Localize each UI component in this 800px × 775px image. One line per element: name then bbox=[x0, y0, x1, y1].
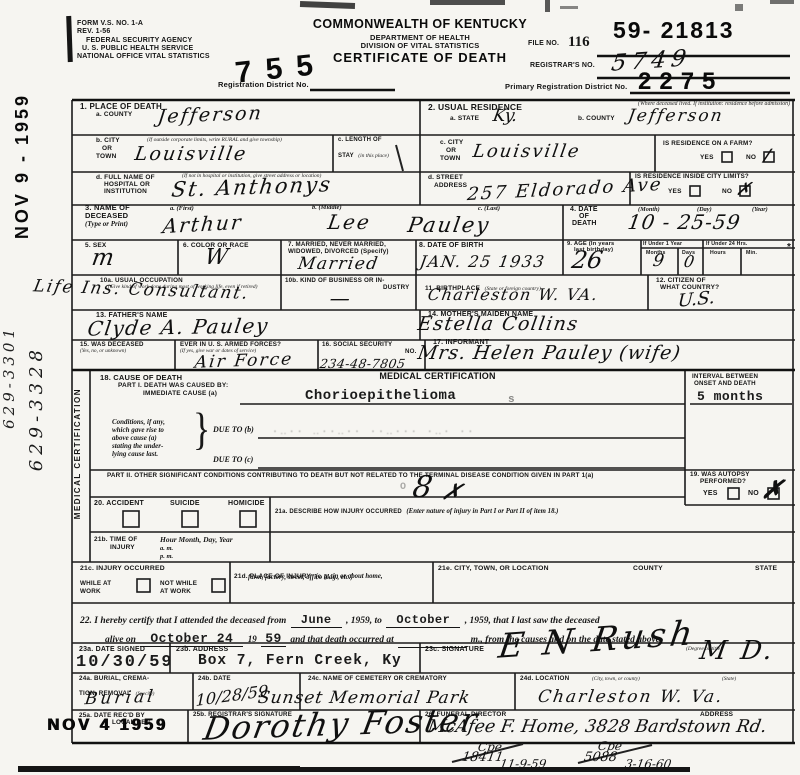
residence-city-or: OR bbox=[446, 147, 456, 154]
conditions-note-5: lying cause last. bbox=[112, 450, 158, 458]
armed-forces-label2: EVER IN U. S. ARMED FORCES? bbox=[180, 341, 281, 348]
margin-handwritten-note-1: 629-3301 bbox=[0, 325, 18, 515]
cemetery-location-note: (City, town, or county) bbox=[592, 676, 640, 682]
city-label: b. CITY bbox=[96, 137, 120, 144]
not-while-label: NOT WHILE bbox=[160, 580, 197, 587]
limits-yes-label: YES bbox=[668, 188, 682, 195]
injury-state-label: STATE bbox=[755, 565, 777, 572]
while-at-work-label2: WORK bbox=[80, 588, 101, 595]
last-seen-date-value: October 24 bbox=[140, 631, 243, 647]
primary-district-label: Primary Registration District No. bbox=[505, 82, 627, 91]
physician-address-value: Box 7, Fern Creek, Ky bbox=[198, 653, 402, 669]
due-to-b-label: DUE TO (b) bbox=[213, 425, 254, 434]
middle-name-value: Lee bbox=[326, 210, 373, 234]
death-certificate-scan: NOV 9 - 1959 629-3301 629-3328 FORM V.S.… bbox=[0, 0, 800, 775]
due-to-c-label: DUE TO (c) bbox=[213, 455, 253, 464]
clerk-note1-date: 11-9-59 bbox=[499, 757, 548, 771]
registrar-no-label: REGISTRAR'S NO. bbox=[530, 62, 595, 69]
place-of-death-title: 1. PLACE OF DEATH bbox=[80, 102, 162, 111]
injury-city-label: 21e. CITY, TOWN, OR LOCATION bbox=[438, 565, 549, 572]
date-signed-value: 10/30/59 bbox=[76, 653, 174, 672]
signature-label: 23c. SIGNATURE bbox=[425, 646, 484, 653]
interval-label: INTERVAL BETWEEN bbox=[692, 373, 758, 380]
date-of-death-label: 4. DATE bbox=[570, 206, 598, 213]
name-note: (Type or Print) bbox=[85, 220, 128, 228]
year-label: (Year) bbox=[752, 206, 768, 213]
part2-faint-mark: O bbox=[400, 482, 407, 493]
commonwealth-title: COMMONWEALTH OF KENTUCKY bbox=[305, 17, 535, 31]
scan-artifact bbox=[560, 6, 578, 9]
certify-text-5: and that death occurred at bbox=[290, 635, 393, 645]
cause-a-value: Chorioepithelioma bbox=[305, 388, 456, 404]
part1-label: PART I. DEATH WAS CAUSED BY: bbox=[118, 382, 228, 389]
city-label-or: OR bbox=[102, 145, 112, 152]
received-date-stamp: NOV 4 1959 bbox=[47, 716, 168, 735]
suicide-label: SUICIDE bbox=[170, 500, 200, 507]
father-value: Clyde A. Pauley bbox=[86, 313, 270, 340]
strip-text: MEDICAL CERTIFICATION bbox=[73, 388, 82, 519]
injury-occurred-label: 21c. INJURY OCCURRED bbox=[80, 565, 165, 572]
residence-city-town: TOWN bbox=[440, 155, 461, 162]
residence-county-value: Jefferson bbox=[626, 106, 725, 126]
stay-note-text: (in this place) bbox=[358, 153, 389, 159]
certify-text-4: alive on bbox=[105, 635, 136, 645]
sex-value: m bbox=[90, 245, 116, 271]
phs-line: U. S. PUBLIC HEALTH SERVICE bbox=[82, 45, 193, 52]
limits-no-label: NO bbox=[722, 188, 732, 195]
stay-label2-text: STAY bbox=[338, 153, 354, 159]
cemetery-location-label: 24d. LOCATION bbox=[520, 675, 569, 682]
file-no-stamp: 59- 21813 bbox=[613, 17, 735, 44]
birth-date-value: JAN. 25 1933 bbox=[418, 252, 546, 271]
last-seen-year-value: 59 bbox=[261, 631, 286, 647]
residence-city-value: Louisville bbox=[471, 141, 582, 162]
street-label: d. STREET bbox=[428, 174, 463, 181]
length-of-stay-label: c. LENGTH OF bbox=[338, 137, 382, 143]
file-no-label: FILE NO. bbox=[528, 40, 559, 47]
file-no-typed: 116 bbox=[568, 34, 590, 51]
date-of-death-label2: OF bbox=[579, 213, 589, 220]
attended-to-value: October bbox=[386, 613, 460, 628]
farm-no-label: NO bbox=[746, 154, 756, 161]
margin-received-stamp: NOV 9 - 1959 bbox=[12, 93, 33, 241]
primary-district-stamp: 2275 bbox=[638, 68, 723, 96]
not-while-label2: AT WORK bbox=[160, 588, 191, 595]
division-line: DIVISION OF VITAL STATISTICS bbox=[305, 41, 535, 50]
novs-line: NATIONAL OFFICE VITAL STATISTICS bbox=[77, 53, 210, 60]
ssn-value: 234-48-7805 bbox=[319, 356, 407, 371]
physician-degree-value: M D. bbox=[698, 636, 778, 666]
min-label: Min. bbox=[746, 250, 757, 256]
homicide-label: HOMICIDE bbox=[228, 500, 265, 507]
name-title2: DECEASED bbox=[85, 211, 128, 220]
bottom-scan-bar bbox=[18, 766, 300, 772]
scan-artifact bbox=[735, 4, 743, 11]
margin-asterisk: * bbox=[787, 242, 791, 253]
age-value: 26 bbox=[570, 246, 605, 274]
date-signed-label: 23a. DATE SIGNED bbox=[79, 646, 145, 653]
scan-artifact bbox=[545, 0, 550, 12]
while-at-work-label: WHILE AT bbox=[80, 580, 111, 587]
first-name-value: Arthur bbox=[161, 210, 243, 238]
county-value: Jefferson bbox=[156, 102, 264, 128]
clerk-note1-number: 18411 bbox=[461, 750, 505, 765]
place-of-injury-note2: farm, factory, street, office bldg., etc… bbox=[248, 574, 353, 581]
cemetery-location-note2: (State) bbox=[722, 676, 736, 682]
physician-address-label: 23b. ADDRESS bbox=[176, 646, 228, 653]
under-1-year-label: If Under 1 Year bbox=[643, 241, 682, 247]
cemetery-location-value: Charleston W. Va. bbox=[536, 687, 725, 707]
citizen-label: 12. CITIZEN OF bbox=[656, 277, 706, 284]
armed-forces-note: (Yes, no, or unknown) bbox=[80, 348, 126, 354]
farm-yes-label: YES bbox=[700, 154, 714, 161]
first-name-label: a. (First) bbox=[170, 205, 194, 212]
burial-label: 24a. BURIAL, CREMA- bbox=[79, 675, 149, 682]
clerk-note2-number: 5088 bbox=[583, 750, 618, 765]
ssn-label2: NO. bbox=[405, 348, 417, 355]
time-of-injury-note: Hour Month, Day, Year bbox=[160, 535, 233, 544]
hospital-label: d. FULL NAME OF bbox=[96, 174, 155, 181]
part2-label: PART II. OTHER SIGNIFICANT CONDITIONS CO… bbox=[107, 472, 594, 479]
agency-line: FEDERAL SECURITY AGENCY bbox=[86, 37, 192, 44]
clerk-note2-date: 3-16-60 bbox=[624, 757, 673, 771]
informant-value: Mrs. Helen Pauley (wife) bbox=[416, 342, 682, 364]
marital-label: 7. MARRIED, NEVER MARRIED, bbox=[288, 241, 386, 248]
attended-from-value: June bbox=[291, 613, 342, 628]
state-label: a. STATE bbox=[450, 115, 479, 122]
immediate-cause-label: IMMEDIATE CAUSE (a) bbox=[143, 390, 217, 397]
industry-value: — bbox=[328, 286, 352, 310]
marital-value: Married bbox=[296, 254, 380, 274]
last-name-value: Pauley bbox=[406, 213, 492, 237]
pm-label: p. m. bbox=[160, 553, 173, 560]
autopsy-yes-label: YES bbox=[703, 490, 718, 497]
county-label: a. COUNTY bbox=[96, 111, 132, 118]
last-name-label: c. (Last) bbox=[478, 205, 500, 212]
date-of-death-label3: DEATH bbox=[572, 220, 597, 227]
conditions-note-4: stating the under- bbox=[112, 442, 163, 450]
time-of-injury-label2: INJURY bbox=[110, 544, 135, 551]
date-of-death-value: 10 - 25-59 bbox=[626, 210, 742, 234]
medical-certification-heading: MEDICAL CERTIFICATION bbox=[360, 371, 515, 381]
interval-value: 5 months bbox=[697, 389, 763, 404]
nov9-stamp-text: NOV 9 - 1959 bbox=[12, 93, 33, 239]
mother-value: Estella Collins bbox=[416, 313, 580, 335]
medical-certification-strip: MEDICAL CERTIFICATION bbox=[73, 388, 82, 593]
ssn-label: 16. SOCIAL SECURITY bbox=[322, 341, 392, 348]
city-label-town: TOWN bbox=[96, 153, 117, 160]
certify-text-1: 22. I hereby certify that I attended the… bbox=[80, 616, 286, 626]
form-revision: REV. 1-56 bbox=[77, 28, 110, 35]
autopsy-label2: PERFORMED? bbox=[700, 478, 746, 485]
armed-forces-label: 15. WAS DECEASED bbox=[80, 341, 144, 348]
conditions-note-1: Conditions, if any, bbox=[112, 418, 165, 426]
autopsy-no-label: NO bbox=[748, 490, 759, 497]
certify-text-2: , 1959, to bbox=[346, 616, 382, 626]
scan-artifact bbox=[430, 0, 505, 5]
registration-district-label: Registration District No. bbox=[218, 80, 309, 89]
autopsy-label: 19. WAS AUTOPSY bbox=[690, 471, 750, 478]
conditions-note-2: which gave rise to bbox=[112, 426, 164, 434]
conditions-brace: } bbox=[193, 403, 210, 456]
birthplace-value: Charleston W. VA. bbox=[426, 285, 599, 304]
burial-date-label: 24b. DATE bbox=[198, 675, 231, 682]
residence-county-label: b. COUNTY bbox=[578, 115, 615, 122]
interval-label2: ONSET AND DEATH bbox=[694, 380, 756, 387]
time-of-injury-label: 21b. TIME OF bbox=[94, 536, 138, 543]
describe-injury-note: (Enter nature of injury in Part I or Par… bbox=[406, 508, 558, 515]
cause-of-death-label: 18. CAUSE OF DEATH bbox=[100, 373, 182, 382]
certificate-title: CERTIFICATE OF DEATH bbox=[305, 50, 535, 65]
farm-question: IS RESIDENCE ON A FARM? bbox=[663, 140, 753, 147]
street-label2: ADDRESS bbox=[434, 182, 467, 189]
hospital-label2: HOSPITAL OR bbox=[104, 181, 150, 188]
am-label: a. m. bbox=[160, 545, 173, 552]
year-prefix: 19 bbox=[248, 634, 257, 644]
race-value: W bbox=[203, 245, 230, 270]
form-number: FORM V.S. NO. 1-A bbox=[77, 20, 143, 27]
conditions-note-3: above cause (a) bbox=[112, 434, 157, 442]
due-to-b-faded-text: ·‥·· ‥··‥·· ··‥··· ·‥· ·· bbox=[272, 426, 475, 438]
hospital-label3: INSTITUTION bbox=[104, 188, 147, 195]
under-24-label: If Under 24 Hrs. bbox=[706, 241, 748, 247]
margin-note2-text: 629-3328 bbox=[26, 345, 47, 471]
armed-forces-value: Air Force bbox=[194, 349, 295, 372]
cemetery-label: 24c. NAME OF CEMETERY OR CREMATORY bbox=[308, 675, 447, 682]
state-value: Ky. bbox=[491, 106, 519, 126]
scan-artifact bbox=[770, 0, 794, 4]
describe-injury-label: 21a. DESCRIBE HOW INJURY OCCURRED bbox=[275, 509, 402, 515]
city-value: Louisville bbox=[133, 143, 249, 165]
citizen-value: U.S. bbox=[677, 287, 715, 312]
accident-label: 20. ACCIDENT bbox=[94, 500, 144, 507]
cause-a-tail-mark: s bbox=[508, 394, 515, 406]
residence-city-label: c. CITY bbox=[440, 139, 463, 146]
funeral-director-value: McAfee F. Home, 3828 Bardstown Rd. bbox=[426, 717, 768, 737]
margin-handwritten-note-2: 629-3328 bbox=[26, 345, 47, 540]
burial-value: Burial bbox=[84, 687, 157, 709]
industry-label2: DUSTRY bbox=[383, 284, 409, 291]
birth-date-label: 8. DATE OF BIRTH bbox=[419, 242, 484, 249]
injury-county-label: COUNTY bbox=[633, 565, 663, 572]
margin-note1-text: 629-3301 bbox=[0, 325, 18, 429]
length-of-stay-label2: STAY (in this place) bbox=[338, 144, 389, 162]
hours-label: Hours bbox=[710, 250, 726, 256]
pen-strokes bbox=[396, 145, 652, 763]
industry-label: 10b. KIND OF BUSINESS OR IN- bbox=[285, 277, 384, 284]
